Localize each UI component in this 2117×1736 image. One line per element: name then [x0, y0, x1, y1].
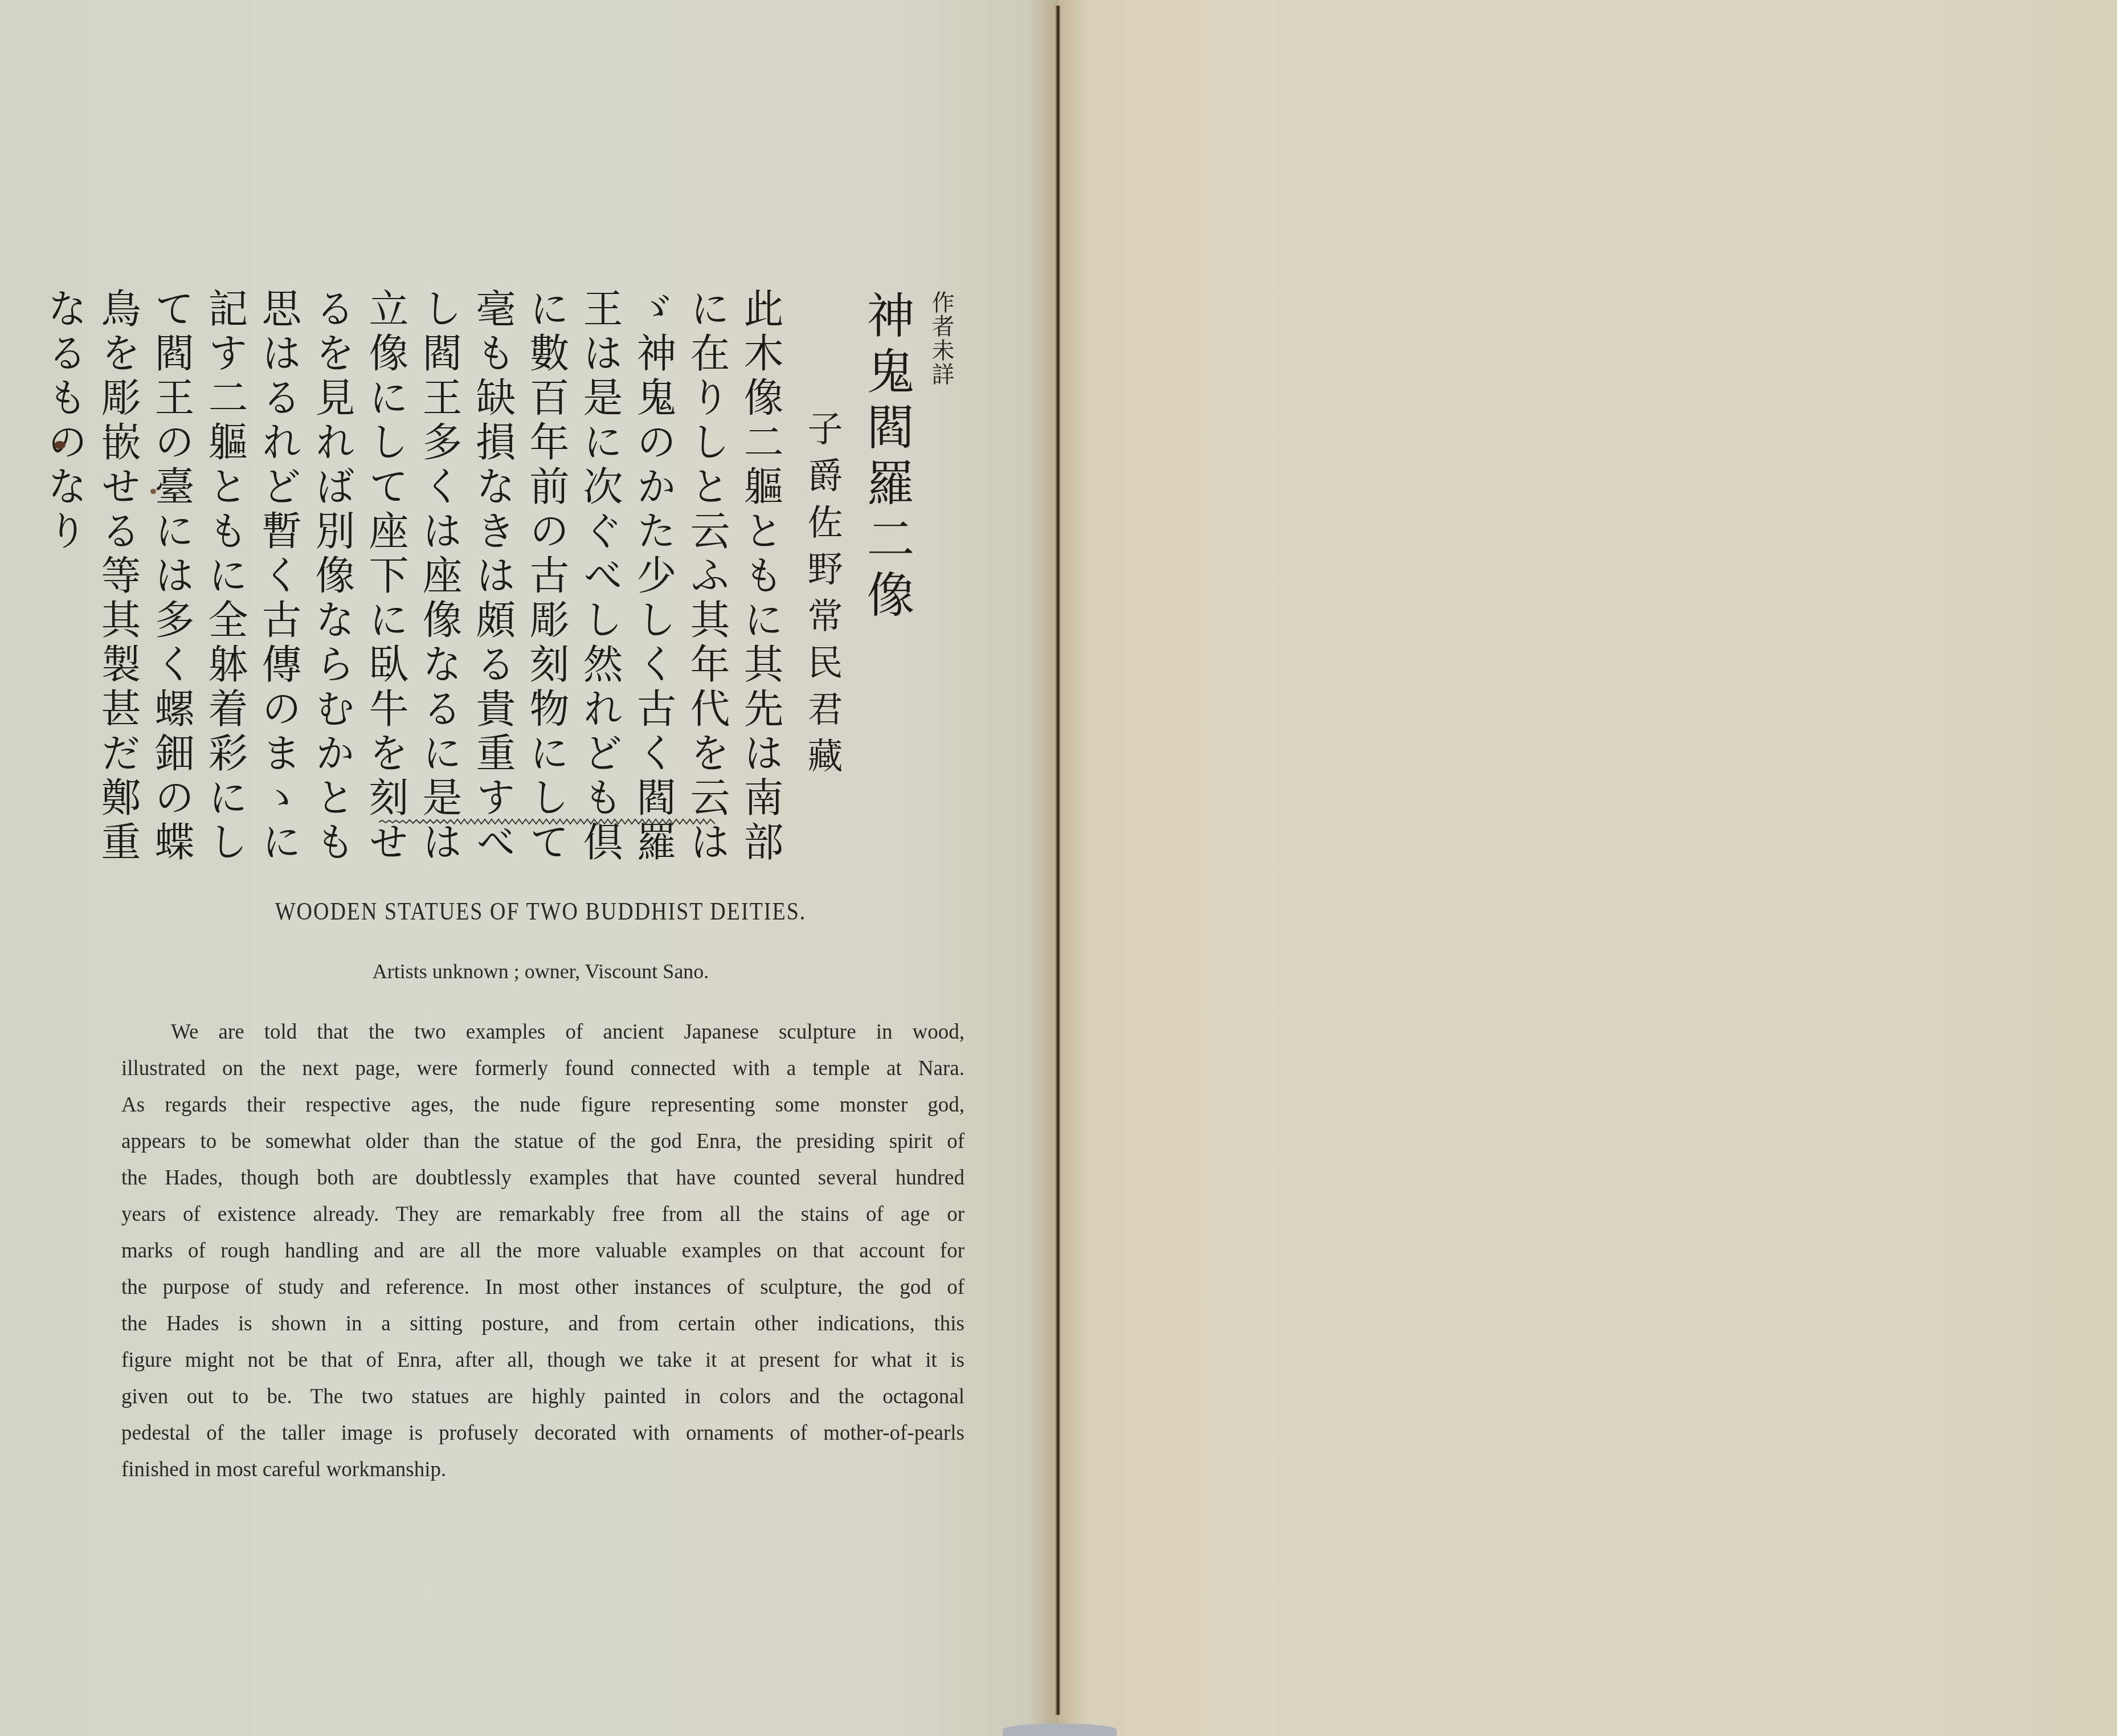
paragraph-line: the purpose of study and reference. In m… [121, 1269, 964, 1306]
english-paragraph: We are told that the two examples of anc… [121, 1014, 964, 1488]
book-gutter [1055, 6, 1061, 1715]
japanese-column-6: 毫も缺損なきは頗る貴重すべ [473, 288, 513, 865]
paragraph-line: marks of rough handling and are all the … [121, 1233, 964, 1269]
japanese-column-2: に在りしと云ふ其年代を云は [687, 288, 727, 865]
paragraph-line: pedestal of the taller image is profusel… [121, 1415, 964, 1452]
japanese-column-14: なるものなり [44, 288, 84, 554]
spine-gap [1003, 1723, 1117, 1736]
paragraph-line: the Hades, though both are doubtlessly e… [121, 1160, 964, 1196]
japanese-column-4: 王は是に次ぐべし然れども倶 [580, 288, 620, 865]
paragraph-line: years of existence already. They are rem… [121, 1196, 964, 1233]
left-page: 作者未詳 神鬼閻羅二像 子爵佐野常民君藏 此木像二軀ともに其先は南部 に在りしと… [0, 0, 1058, 1736]
japanese-column-10: 思はるれど暫く古傳のまゝに [259, 288, 299, 865]
japanese-column-11: 記す二軀ともに全躰着彩にし [205, 288, 245, 865]
japanese-column-5: に數百年前の古彫刻物にして [526, 288, 566, 865]
japanese-title: 神鬼閻羅二像 [863, 291, 911, 626]
english-heading: WOODEN STATUES OF TWO BUDDHIST DEITIES. [11, 897, 1070, 926]
paragraph-line: the Hades is shown in a sitting posture,… [121, 1306, 964, 1342]
wavy-divider [379, 818, 715, 827]
paper-spot [150, 489, 156, 494]
japanese-column-8: 立像にして座下に臥牛を刻せ [366, 288, 406, 865]
japanese-column-13: 鳥を彫嵌せる等其製甚だ鄭重 [98, 288, 138, 865]
japanese-owner: 子爵佐野常民君藏 [804, 410, 840, 784]
japanese-column-12: て閻王の臺には多く螺鈿の蝶 [152, 288, 191, 865]
author-note: 作者未詳 [930, 291, 953, 386]
english-subheading: Artists unknown ; owner, Viscount Sano. [11, 959, 1070, 983]
paragraph-line: appears to be somewhat older than the st… [121, 1124, 964, 1160]
japanese-column-1: 此木像二軀ともに其先は南部 [741, 288, 780, 865]
paragraph-line: finished in most careful workmanship. [121, 1452, 964, 1488]
paper-spot [54, 441, 66, 449]
right-page [1058, 0, 2117, 1736]
paragraph-line: figure might not be that of Enra, after … [121, 1342, 964, 1379]
paragraph-line: illustrated on the next page, were forme… [121, 1051, 964, 1087]
japanese-column-3: ゞ神鬼のかた少しく古く閻羅 [634, 288, 673, 865]
japanese-column-7: し閻王多くは座像なるに是は [419, 288, 459, 865]
paragraph-line: given out to be. The two statues are hig… [121, 1379, 964, 1415]
japanese-column-9: るを見れば別像ならむかとも [312, 288, 352, 865]
paragraph-line: As regards their respective ages, the nu… [121, 1087, 964, 1124]
paragraph-line: We are told that the two examples of anc… [121, 1014, 964, 1051]
